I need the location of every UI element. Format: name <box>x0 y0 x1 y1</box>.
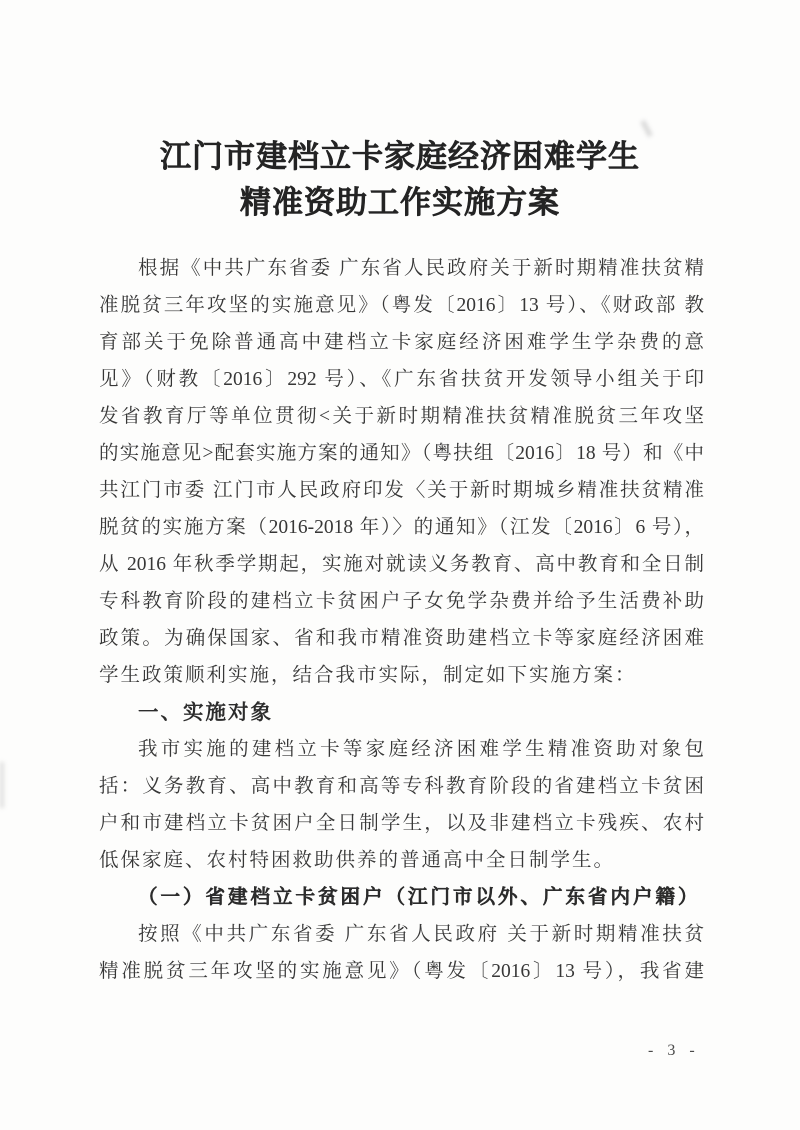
text-line: 精准脱贫三年攻坚的实施意见》（粤发〔2016〕13 号），我省建 <box>99 953 704 990</box>
page-number: - 3 - <box>648 1040 700 1062</box>
text-line: 专科教育阶段的建档立卡贫困户子女免学杂费并给予生活费补助 <box>99 583 704 620</box>
text-line: 脱贫的实施方案（2016-2018 年）〉的通知》（江发〔2016〕6 号）， <box>99 509 704 546</box>
document-title-line-2: 精准资助工作实施方案 <box>0 180 800 226</box>
text-line: 的实施意见>配套实施方案的通知》（粤扶组〔2016〕18 号）和《中 <box>99 435 704 472</box>
text-line: 学生政策顺利实施，结合我市实际，制定如下实施方案： <box>99 657 704 694</box>
text-line: 从 2016 年秋季学期起，实施对就读义务教育、高中教育和全日制 <box>99 546 704 583</box>
text-line: 根据《中共广东省委 广东省人民政府关于新时期精准扶贫精 <box>99 250 704 287</box>
document-title: 江门市建档立卡家庭经济困难学生 精准资助工作实施方案 <box>0 134 800 226</box>
text-line: 政策。为确保国家、省和我市精准资助建档立卡等家庭经济困难 <box>99 620 704 657</box>
text-line: 育部关于免除普通高中建档立卡家庭经济困难学生学杂费的意 <box>99 324 704 361</box>
text-line: 括：义务教育、高中教育和高等专科教育阶段的省建档立卡贫困 <box>99 768 704 805</box>
scan-edge-artifact <box>0 762 4 808</box>
text-line: 发省教育厅等单位贯彻<关于新时期精准扶贫精准脱贫三年攻坚 <box>99 398 704 435</box>
text-line: 见》（财教〔2016〕292 号）、《广东省扶贫开发领导小组关于印 <box>99 361 704 398</box>
text-line: 低保家庭、农村特困救助供养的普通高中全日制学生。 <box>99 842 704 879</box>
text-line: 共江门市委 江门市人民政府印发〈关于新时期城乡精准扶贫精准 <box>99 472 704 509</box>
text-line: 我市实施的建档立卡等家庭经济困难学生精准资助对象包 <box>99 731 704 768</box>
text-line: 按照《中共广东省委 广东省人民政府 关于新时期精准扶贫 <box>99 916 704 953</box>
text-line: 准脱贫三年攻坚的实施意见》（粤发〔2016〕13 号）、《财政部 教 <box>99 287 704 324</box>
document-page: 江门市建档立卡家庭经济困难学生 精准资助工作实施方案 根据《中共广东省委 广东省… <box>0 0 800 1130</box>
text-line: 户和市建档立卡贫困户全日制学生，以及非建档立卡残疾、农村 <box>99 805 704 842</box>
document-title-line-1: 江门市建档立卡家庭经济困难学生 <box>0 134 800 180</box>
section-heading-implementation-targets: 一、实施对象 <box>99 694 704 731</box>
document-body: 根据《中共广东省委 广东省人民政府关于新时期精准扶贫精 准脱贫三年攻坚的实施意见… <box>99 250 704 990</box>
subsection-heading-provincial-registered-households: （一）省建档立卡贫困户（江门市以外、广东省内户籍） <box>99 879 704 916</box>
